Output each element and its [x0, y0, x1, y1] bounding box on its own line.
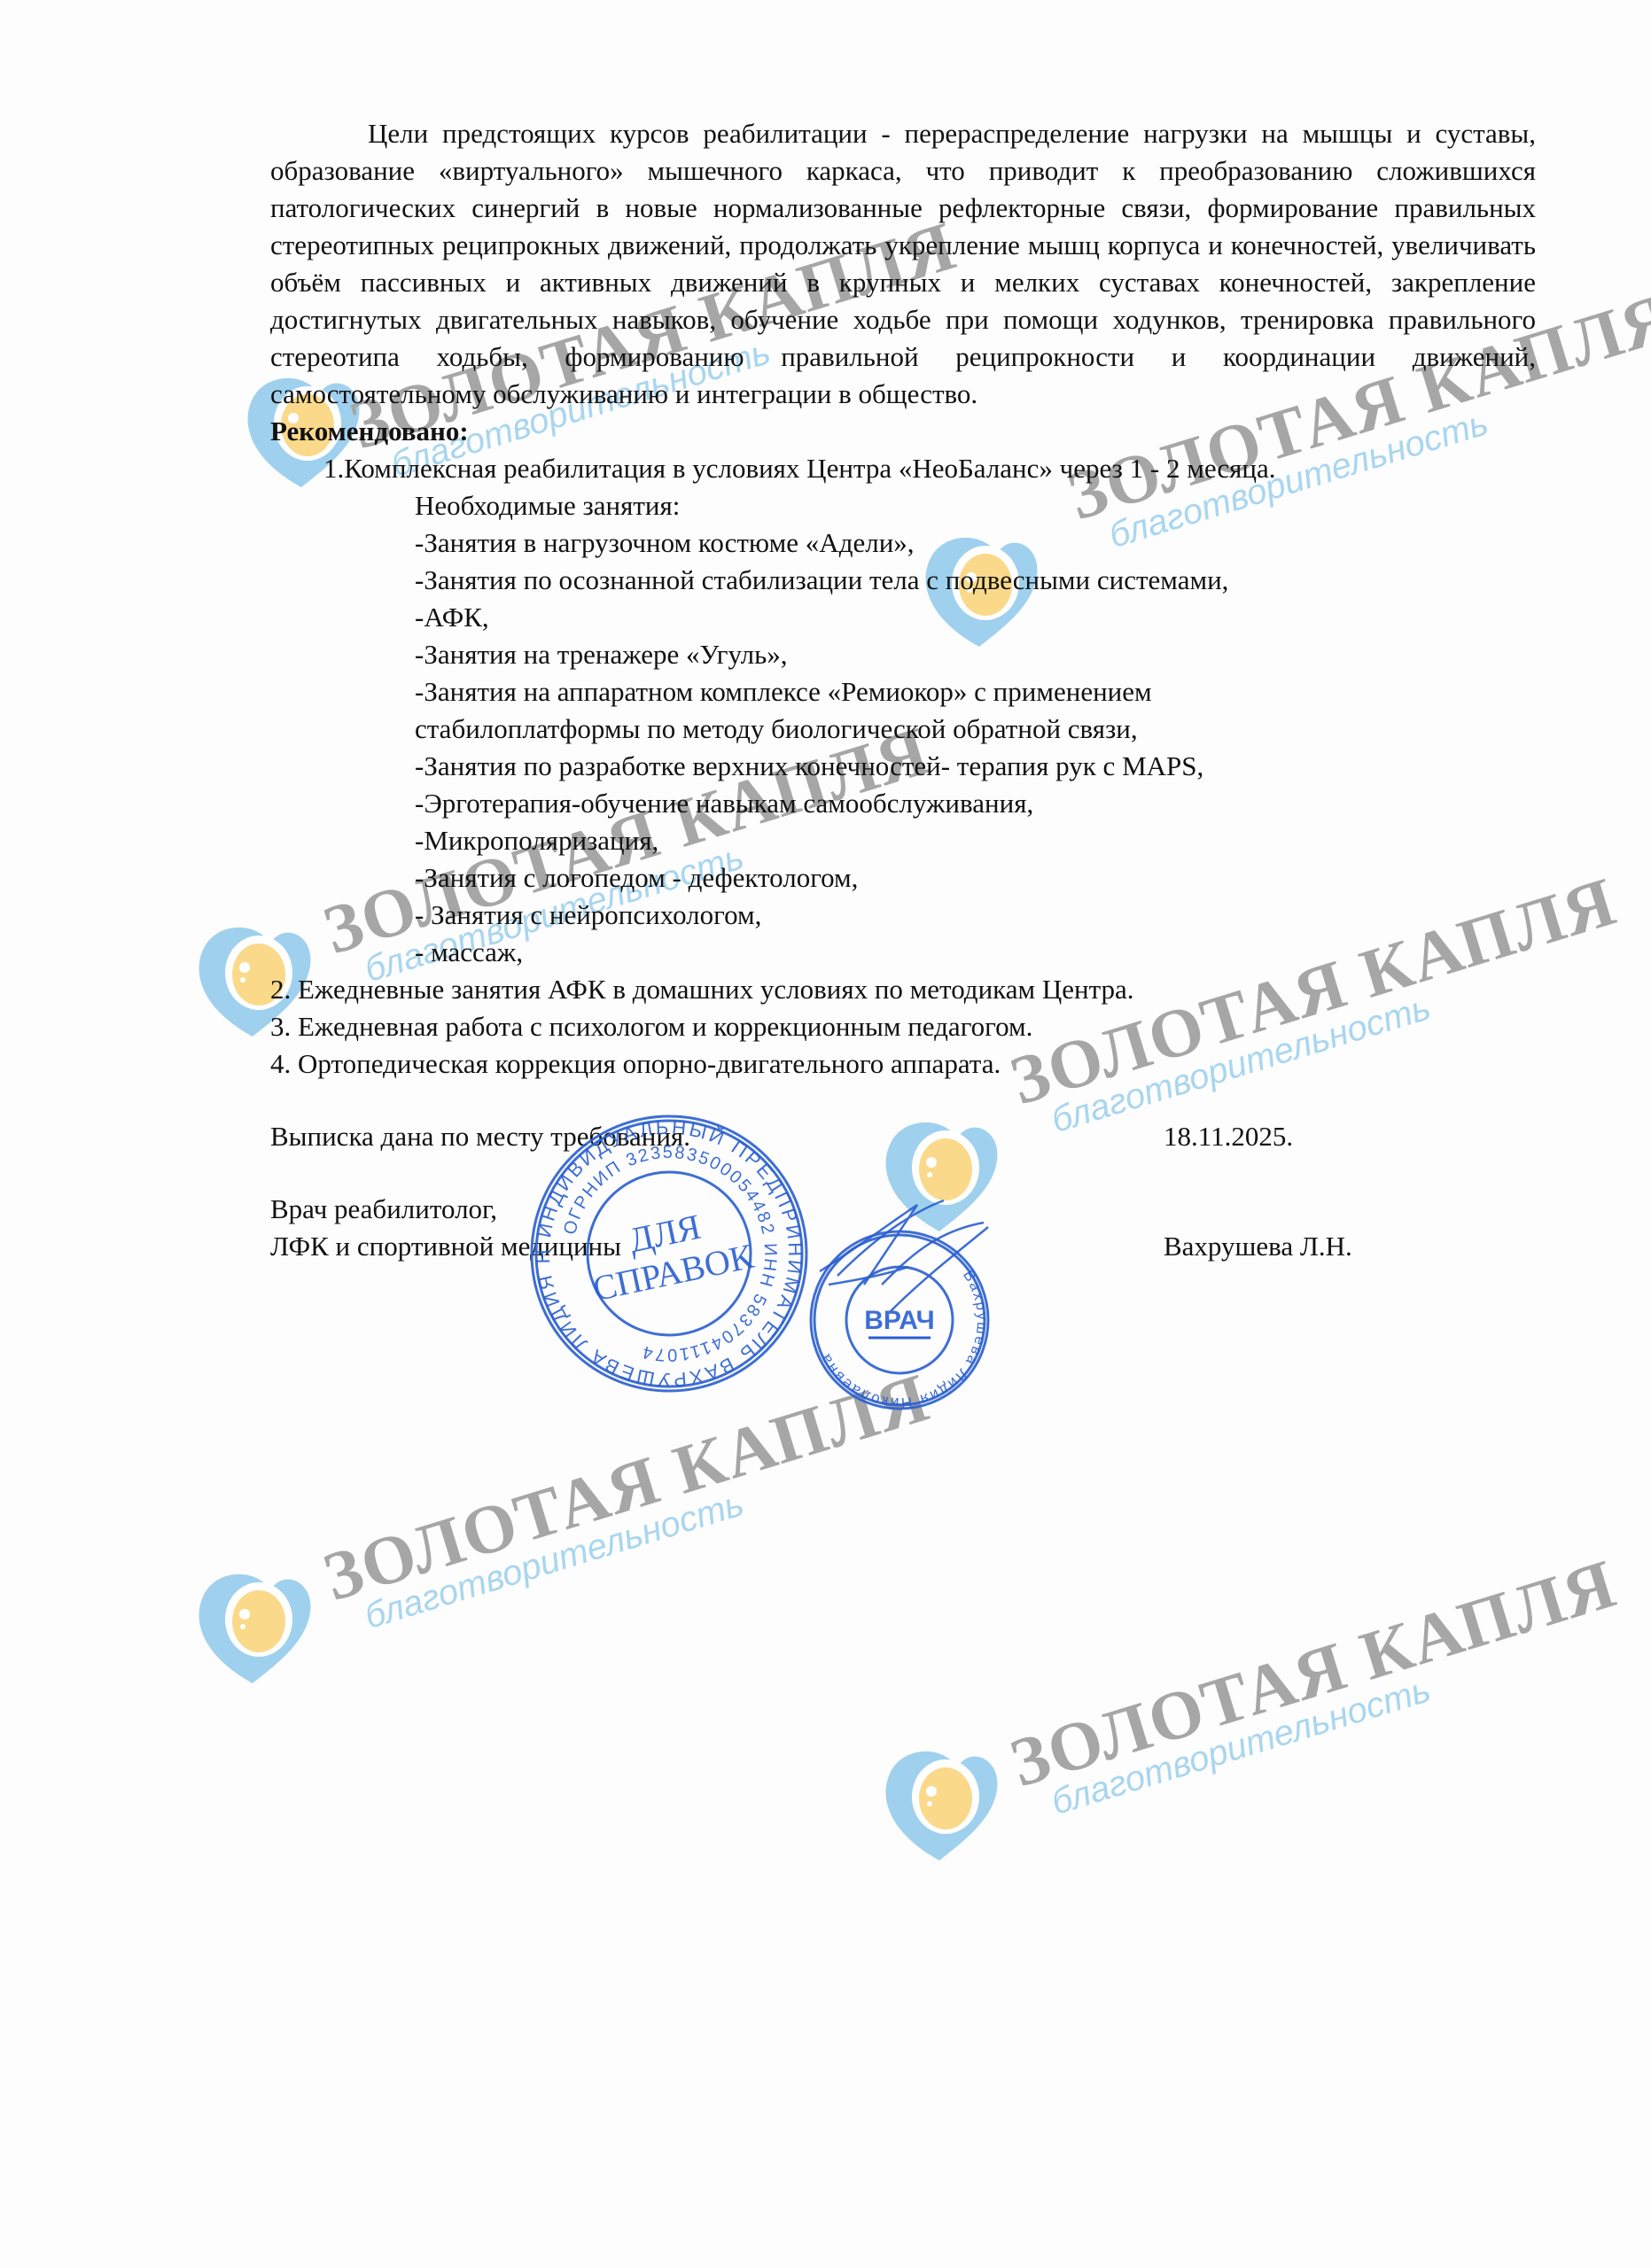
- recommendation-1: 1.Комплексная реабилитация в условиях Це…: [323, 450, 1536, 487]
- needed-item: -Занятия по осознанной стабилизации тела…: [415, 562, 1536, 599]
- issued-row: Выписка дана по месту требования. 18.11.…: [270, 1118, 1536, 1155]
- watermark-subtitle: благотворительность: [361, 1425, 946, 1635]
- watermark-logo-icon: [873, 1736, 1006, 1869]
- doctor-stamp: Вахрушева Лидия Николаевна ВРАЧ: [802, 1187, 1015, 1417]
- doctor-stamp-center: ВРАЧ: [864, 1306, 935, 1335]
- document-body: Цели предстоящих курсов реабилитации - п…: [270, 115, 1536, 1265]
- needed-item: -Микрополяризация,: [415, 822, 1536, 859]
- document-page: ЗОЛОТАЯ КАПЛЯ благотворительность ЗОЛОТА…: [0, 0, 1651, 2268]
- round-stamp: ИНДИВИДУАЛЬНЫЙ ПРЕДПРИНИМАТЕЛЬ ВАХРУШЕВА…: [527, 1112, 811, 1395]
- recommendation-3: 3. Ежедневная работа с психологом и корр…: [270, 1008, 1536, 1045]
- recommended-heading: Рекомендовано:: [270, 413, 1536, 450]
- signature-icon: [820, 1200, 988, 1311]
- doctor-name: Вахрушева Л.Н.: [1155, 1228, 1536, 1265]
- recommendation-4: 4. Ортопедическая коррекция опорно-двига…: [270, 1045, 1536, 1083]
- needed-item: -Занятия на тренажере «Угуль»,: [415, 636, 1536, 673]
- svg-text:Вахрушева Лидия Николаевна: Вахрушева Лидия Николаевна: [816, 1267, 991, 1411]
- needed-item: - Занятия с нейропсихологом,: [415, 897, 1536, 934]
- needed-item: -Занятия по разработке верхних конечност…: [415, 748, 1536, 785]
- needed-item: -Эрготерапия-обучение навыкам самообслуж…: [415, 785, 1536, 822]
- needed-item: -Занятия на аппаратном комплексе «Ремиок…: [415, 673, 1536, 711]
- needed-item: -АФК,: [415, 599, 1536, 636]
- needed-item: -Занятия с логопедом - дефектологом,: [415, 859, 1536, 897]
- needed-item: стабилоплатформы по методу биологической…: [415, 711, 1536, 748]
- watermark-logo-icon: [186, 1559, 319, 1692]
- needed-item: - массаж,: [415, 934, 1536, 971]
- goals-paragraph: Цели предстоящих курсов реабилитации - п…: [270, 115, 1536, 413]
- needed-item: -Занятия в нагрузочном костюме «Адели»,: [415, 524, 1536, 562]
- recommendation-2: 2. Ежедневные занятия АФК в домашних усл…: [270, 971, 1536, 1008]
- watermark-subtitle: благотворительность: [1047, 1611, 1633, 1821]
- needed-label: Необходимые занятия:: [415, 487, 1536, 524]
- watermark-title: ЗОЛОТАЯ КАПЛЯ: [1003, 1549, 1624, 1798]
- issue-date: 18.11.2025.: [1164, 1118, 1536, 1155]
